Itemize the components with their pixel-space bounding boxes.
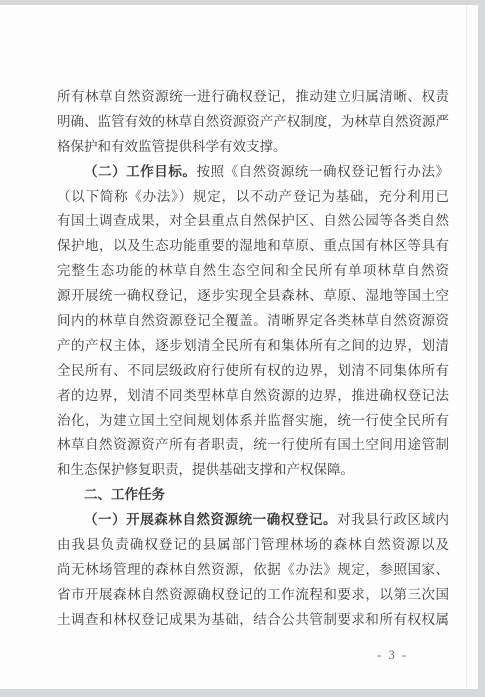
text-segment: 间内的林草自然资源登记全覆盖。清晰界定各类林草自然资源资 bbox=[57, 313, 449, 328]
text-segment: 格保护和有效监管提供科学有效支撑。 bbox=[57, 139, 287, 154]
text-segment: 所有林草自然资源统一进行确权登记，推动建立归属清晰、权责 bbox=[57, 89, 449, 104]
text-line: 间内的林草自然资源登记全覆盖。清晰界定各类林草自然资源资 bbox=[57, 309, 449, 334]
text-segment: 完整生态功能的林草自然生态空间和全民所有单项林草自然资 bbox=[57, 263, 449, 278]
document-page: 所有林草自然资源统一进行确权登记，推动建立归属清晰、权责明确、监管有效的林草自然… bbox=[0, 5, 478, 689]
text-segment: 明确、监管有效的林草自然资源资产产权制度，为林草自然资源严 bbox=[57, 114, 449, 129]
text-segment: 产的产权主体，逐步划清全民所有和集体所有之间的边界，划清 bbox=[57, 338, 449, 353]
text-segment: 和生态保护修复职责，提供基础支撑和产权保障。 bbox=[57, 462, 354, 477]
text-line: 尚无林场管理的森林自然资源，依据《办法》规定，参照国家、 bbox=[57, 558, 449, 583]
bold-text-segment: （二）工作目标。 bbox=[84, 164, 196, 179]
text-line: 全民所有、不同层级政府行使所有权的边界，划清不同集体所有 bbox=[57, 359, 449, 384]
text-line: 和生态保护修复职责，提供基础支撑和产权保障。 bbox=[57, 458, 449, 483]
text-line: 由我县负责确权登记的县属部门管理林场的森林自然资源以及 bbox=[57, 533, 449, 558]
text-segment: 土调查和林权登记成果为基础，结合公共管制要求和所有权权属 bbox=[57, 612, 449, 627]
text-segment: 有国土调查成果，对全县重点自然保护区、自然公园等各类自然 bbox=[57, 213, 449, 228]
text-segment: 者的边界，划清不同类型林草自然资源的边界，推进确权登记法 bbox=[57, 388, 449, 403]
text-line: 省市开展森林自然资源确权登记的工作流程和要求，以第三次国 bbox=[57, 583, 449, 608]
scan-background: 所有林草自然资源统一进行确权登记，推动建立归属清晰、权责明确、监管有效的林草自然… bbox=[0, 0, 485, 697]
text-line: 有国土调查成果，对全县重点自然保护区、自然公园等各类自然 bbox=[57, 209, 449, 234]
text-segment: 保护地，以及生态功能重要的湿地和草原、重点国有林区等具有 bbox=[57, 238, 449, 253]
text-segment: 治化，为建立国土空间规划体系并监督实施，统一行使全民所有 bbox=[57, 413, 449, 428]
text-segment: 全民所有、不同层级政府行使所有权的边界，划清不同集体所有 bbox=[57, 363, 449, 378]
text-line: 土调查和林权登记成果为基础，结合公共管制要求和所有权权属 bbox=[57, 608, 449, 633]
text-line: 林草自然资源资产所有者职责，统一行使所有国土空间用途管制 bbox=[57, 433, 449, 458]
text-line: 产的产权主体，逐步划清全民所有和集体所有之间的边界，划清 bbox=[57, 334, 449, 359]
text-segment: 林草自然资源资产所有者职责，统一行使所有国土空间用途管制 bbox=[57, 437, 449, 452]
text-line: 格保护和有效监管提供科学有效支撑。 bbox=[57, 135, 449, 160]
bold-text-segment: （一）开展森林自然资源统一确权登记。 bbox=[84, 512, 337, 527]
page-edge-line bbox=[466, 5, 467, 689]
text-line: （以下简称《办法》）规定，以不动产登记为基础，充分利用已 bbox=[57, 185, 449, 210]
text-line: 明确、监管有效的林草自然资源资产产权制度，为林草自然资源严 bbox=[57, 110, 449, 135]
text-segment: 按照《自然资源统一确权登记暂行办法》 bbox=[196, 164, 449, 179]
text-line: 源开展统一确权登记，逐步实现全县森林、草原、湿地等国土空 bbox=[57, 284, 449, 309]
text-segment: 对我县行政区域内 bbox=[337, 512, 449, 527]
text-segment: 尚无林场管理的森林自然资源，依据《办法》规定，参照国家、 bbox=[57, 562, 449, 577]
page-number: - 3 - bbox=[377, 648, 408, 663]
text-line: （二）工作目标。按照《自然资源统一确权登记暂行办法》 bbox=[57, 160, 449, 185]
bold-text-segment: 二、工作任务 bbox=[84, 487, 165, 502]
document-body: 所有林草自然资源统一进行确权登记，推动建立归属清晰、权责明确、监管有效的林草自然… bbox=[57, 85, 449, 633]
section-heading: 二、工作任务 bbox=[57, 483, 449, 508]
text-segment: 源开展统一确权登记，逐步实现全县森林、草原、湿地等国土空 bbox=[57, 288, 449, 303]
text-segment: （以下简称《办法》）规定，以不动产登记为基础，充分利用已 bbox=[57, 189, 449, 204]
text-line: 完整生态功能的林草自然生态空间和全民所有单项林草自然资 bbox=[57, 259, 449, 284]
text-line: （一）开展森林自然资源统一确权登记。对我县行政区域内 bbox=[57, 508, 449, 533]
text-segment: 由我县负责确权登记的县属部门管理林场的森林自然资源以及 bbox=[57, 537, 449, 552]
text-segment: 省市开展森林自然资源确权登记的工作流程和要求，以第三次国 bbox=[57, 587, 449, 602]
text-line: 保护地，以及生态功能重要的湿地和草原、重点国有林区等具有 bbox=[57, 234, 449, 259]
text-line: 治化，为建立国土空间规划体系并监督实施，统一行使全民所有 bbox=[57, 409, 449, 434]
text-line: 所有林草自然资源统一进行确权登记，推动建立归属清晰、权责 bbox=[57, 85, 449, 110]
text-line: 者的边界，划清不同类型林草自然资源的边界，推进确权登记法 bbox=[57, 384, 449, 409]
